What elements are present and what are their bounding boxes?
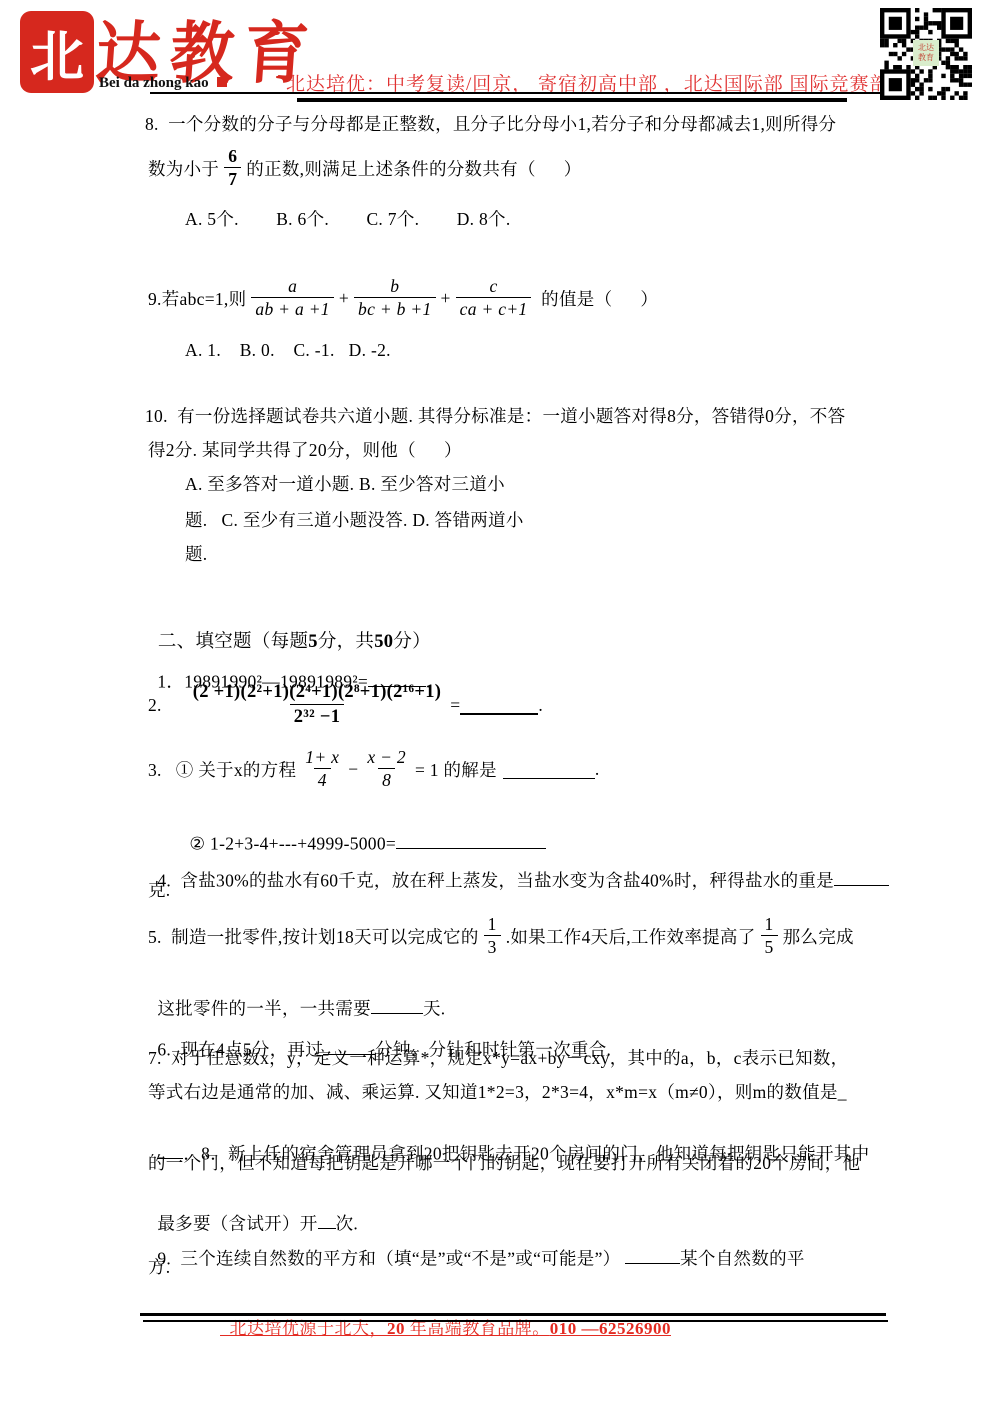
fill-q5-line1: 5. 制造一批零件,按计划18天可以完成它的 1 3 .如果工作4天后,工作效率… — [148, 908, 854, 964]
q8-line1: 8. 一个分数的分子与分母都是正整数，且分子比分母小1,若分子和分母都减去1,则… — [145, 112, 836, 136]
fill-q2-denominator: 2³² −1 — [290, 704, 345, 728]
q9-fraction-2: b bc + b +1 — [354, 276, 435, 319]
brand-subtitle-text: Bei da zhong kao — [99, 75, 209, 91]
fill-q9-line2: 方. — [148, 1255, 170, 1279]
answer-blank — [834, 867, 889, 886]
test-paper-page: { "colors": { "brand_red": "#d6281e", "t… — [0, 0, 992, 1403]
q10-line2: 得2分. 某同学共得了20分，则他（ ） — [148, 438, 462, 462]
q9-fraction-1-denominator: ab + a +1 — [251, 297, 333, 320]
footer-slogan: 北达培优源于北大，20 年高端教育品牌。010 —62526900 — [220, 1294, 671, 1339]
fill-q5-fraction2-denominator: 5 — [761, 935, 778, 958]
q10-options-end: 题. — [185, 542, 207, 566]
q10-options-cd: 题. C. 至少有三道小题没答. D. 答错两道小 — [185, 508, 524, 532]
fill-q2-equals: = — [450, 695, 460, 716]
fill-q3a-equals: = 1 的解是 — [415, 757, 497, 782]
q9-plus-2: + — [441, 288, 451, 309]
fill-q5-suffix: 那么完成 — [783, 924, 854, 949]
footer-years: 20 — [387, 1319, 405, 1338]
fill-q2-numerator: (2 +1)(2²+1)(2⁴+1)(2⁸+1)(2¹⁶+1) — [189, 682, 445, 703]
q9-prefix: 9.若abc=1,则 — [148, 286, 246, 311]
fill-q3a-fraction1-numerator: 1+ x — [301, 747, 343, 767]
q8-options: A. 5个. B. 6个. C. 7个. D. 8个. — [185, 207, 511, 231]
fill-q5-fraction-2: 1 5 — [761, 914, 778, 957]
q9-fraction-2-numerator: b — [386, 276, 403, 296]
q9-fraction-3-numerator: c — [486, 276, 502, 296]
fill-q3a-prefix: 3. ① 关于x的方程 — [148, 757, 296, 782]
fill-q4-line2: 克. — [148, 878, 170, 902]
fill-q4-line1: 4. 含盐30%的盐水有60千克，放在秤上蒸发，当盐水变为含盐40%时，秤得盐水… — [148, 843, 889, 892]
fill-q7-line2: 等式右边是通常的加、减、乘运算. 又知道1*2=3，2*3=4，x*m=x（m≠… — [148, 1080, 847, 1104]
qr-label-line2: 教育 — [913, 53, 939, 63]
q8-line2-prefix: 数为小于 — [148, 156, 219, 181]
fill-q3a-fraction1-denominator: 4 — [314, 768, 331, 791]
fill-q3a-fraction2-denominator: 8 — [378, 768, 395, 791]
fill-q3a-fraction-2: x − 2 8 — [363, 747, 410, 790]
fill-q7-line1: 7. 对于任意数x，y，定义一种运算*，规定x*y=ax+by－cxy，其中的a… — [148, 1046, 848, 1070]
fill-q2: 2. (2 +1)(2²+1)(2⁴+1)(2⁸+1)(2¹⁶+1) 2³² −… — [148, 674, 543, 736]
q10-options-ab: A. 至多答对一道小题. B. 至少答对三道小 — [185, 472, 505, 496]
fill-q2-fraction: (2 +1)(2²+1)(2⁴+1)(2⁸+1)(2¹⁶+1) 2³² −1 — [189, 682, 445, 727]
fill-q2-period: . — [538, 695, 543, 716]
qr-label-line1: 北达 — [913, 43, 939, 53]
answer-blank — [460, 695, 538, 715]
brand-seal-logo: 北 — [22, 13, 92, 91]
fill-q5-middle: .如果工作4天后,工作效率提高了 — [506, 924, 756, 949]
fill-q3a-fraction2-numerator: x − 2 — [363, 747, 410, 767]
answer-blank — [503, 759, 595, 778]
q9-fraction-2-denominator: bc + b +1 — [354, 297, 435, 320]
q9-options: A. 1. B. 0. C. -1. D. -2. — [185, 338, 391, 362]
q9-fraction-3-denominator: ca + c+1 — [456, 297, 532, 320]
brand-subtitle: Bei da zhong kao — [99, 75, 227, 92]
fill-q5-fraction1-denominator: 3 — [484, 935, 501, 958]
q8-fraction-numerator: 6 — [224, 146, 241, 166]
fill-q9-line1-end: 某个自然数的平 — [680, 1248, 805, 1268]
q9-fraction-3: c ca + c+1 — [456, 276, 532, 319]
footer-rule-thick — [140, 1313, 886, 1316]
q8-line2: 数为小于 6 7 的正数,则满足上述条件的分数共有（ ） — [148, 140, 582, 196]
fill-q5-fraction1-numerator: 1 — [484, 914, 501, 934]
qr-code: 北达 教育 — [880, 8, 972, 100]
fill-q3a: 3. ① 关于x的方程 1+ x 4 − x − 2 8 = 1 的解是 . — [148, 742, 600, 796]
fill-q3a-period: . — [595, 759, 600, 780]
red-square-icon — [217, 77, 227, 87]
header-rule-thick — [297, 98, 847, 102]
q9-fraction-1-numerator: a — [284, 276, 301, 296]
fill-q2-label: 2. — [148, 695, 162, 716]
q9-plus-1: + — [339, 288, 349, 309]
q9-stem: 9.若abc=1,则 a ab + a +1 + b bc + b +1 + c… — [148, 268, 658, 328]
q9-suffix: 的值是（ ） — [536, 286, 658, 311]
q8-fraction-denominator: 7 — [224, 167, 241, 190]
q10-line1: 10. 有一份选择题试卷共六道小题. 其得分标准是：一道小题答对得8分，答错得0… — [145, 404, 845, 428]
fill-q9-line1-text: 9. 三个连续自然数的平方和（填“是”或“不是”或“可能是”） — [157, 1248, 625, 1268]
fill-q4-text: 4. 含盐30%的盐水有60千克，放在秤上蒸发，当盐水变为含盐40%时，秤得盐水… — [157, 870, 834, 890]
q8-line2-suffix: 的正数,则满足上述条件的分数共有（ ） — [246, 156, 581, 181]
qr-center-label: 北达 教育 — [913, 40, 939, 66]
fill-q3a-fraction-1: 1+ x 4 — [301, 747, 343, 790]
header-rule-thin — [150, 92, 888, 94]
q8-fraction: 6 7 — [224, 146, 241, 189]
answer-blank — [625, 1245, 680, 1264]
footer-rule-thin — [143, 1320, 888, 1322]
q9-fraction-1: a ab + a +1 — [251, 276, 333, 319]
fill-q5-prefix: 5. 制造一批零件,按计划18天可以完成它的 — [148, 924, 479, 949]
fill-q8-line2: 的一个门，但不知道每把钥匙是开哪一个门的钥匙，现在要打开所有关闭着的20个房间，… — [148, 1151, 860, 1175]
fill-q5-fraction-1: 1 3 — [484, 914, 501, 957]
fill-q5-fraction2-numerator: 1 — [761, 914, 778, 934]
footer-part2: 年高端教育品牌。 — [405, 1319, 550, 1338]
fill-q3a-minus: − — [348, 759, 358, 780]
fill-q9-line1: 9. 三个连续自然数的平方和（填“是”或“不是”或“可能是”） 某个自然数的平 — [148, 1221, 805, 1270]
footer-phone: 010 —62526900 — [550, 1319, 671, 1338]
footer-part1: 北达培优源于北大， — [230, 1319, 388, 1338]
